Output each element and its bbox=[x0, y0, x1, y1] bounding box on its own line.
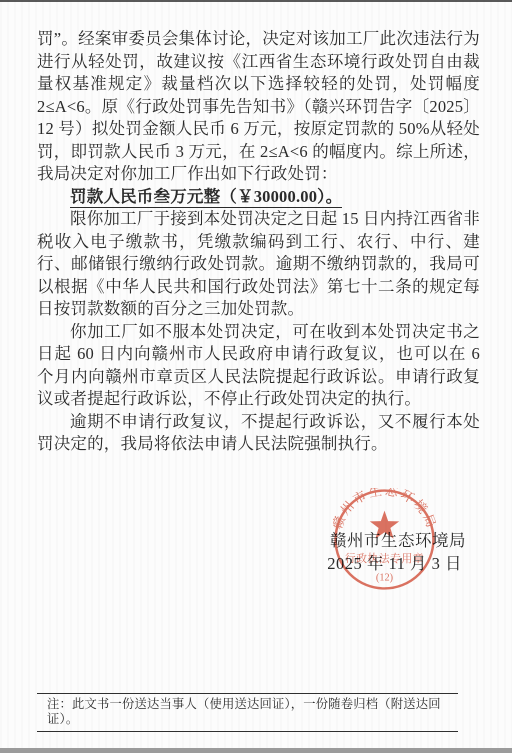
document-page: 罚”。经案审委员会集体讨论，决定对该加工厂此次违法行为进行从轻处罚，故建议按《江… bbox=[0, 0, 512, 753]
seal-star-icon bbox=[370, 511, 399, 539]
seal-center-text: 行政执法专用章 bbox=[345, 551, 424, 565]
footer-note-text: 注：此文书一份送达当事人（使用送达回证），一份随卷归档（附送达回证）。 bbox=[37, 697, 458, 727]
seal-number: (12) bbox=[376, 573, 393, 584]
paragraph-payment-instructions: 限你加工厂于接到本处罚决定之日起 15 日内持江西省非税收入电子缴款书，凭缴款编… bbox=[37, 208, 480, 321]
penalty-amount-line: 罚款人民币叁万元整（￥30000.00）。 bbox=[37, 186, 480, 209]
scan-bottom-band bbox=[0, 748, 512, 753]
document-body: 罚”。经案审委员会集体讨论，决定对该加工厂此次违法行为进行从轻处罚，故建议按《江… bbox=[37, 28, 480, 456]
footer-note: 注：此文书一份送达当事人（使用送达回证），一份随卷归档（附送达回证）。 bbox=[37, 693, 458, 732]
paragraph-appeal-rights: 你加工厂如不服本处罚决定，可在收到本处罚决定书之日起 60 日内向赣州市人民政府… bbox=[37, 321, 480, 411]
scan-top-edge bbox=[0, 0, 512, 2]
paragraph-enforcement-warning: 逾期不申请行政复议，不提起行政诉讼，又不履行本处罚决定的，我局将依法申请人民法院… bbox=[37, 411, 480, 456]
paragraph-discussion-continuation: 罚”。经案审委员会集体讨论，决定对该加工厂此次违法行为进行从轻处罚，故建议按《江… bbox=[37, 28, 480, 186]
official-seal: 赣州市生态环境局 行政执法专用章 (12) bbox=[333, 488, 436, 591]
penalty-amount-text: 罚款人民币叁万元整（￥30000.00）。 bbox=[70, 187, 342, 208]
